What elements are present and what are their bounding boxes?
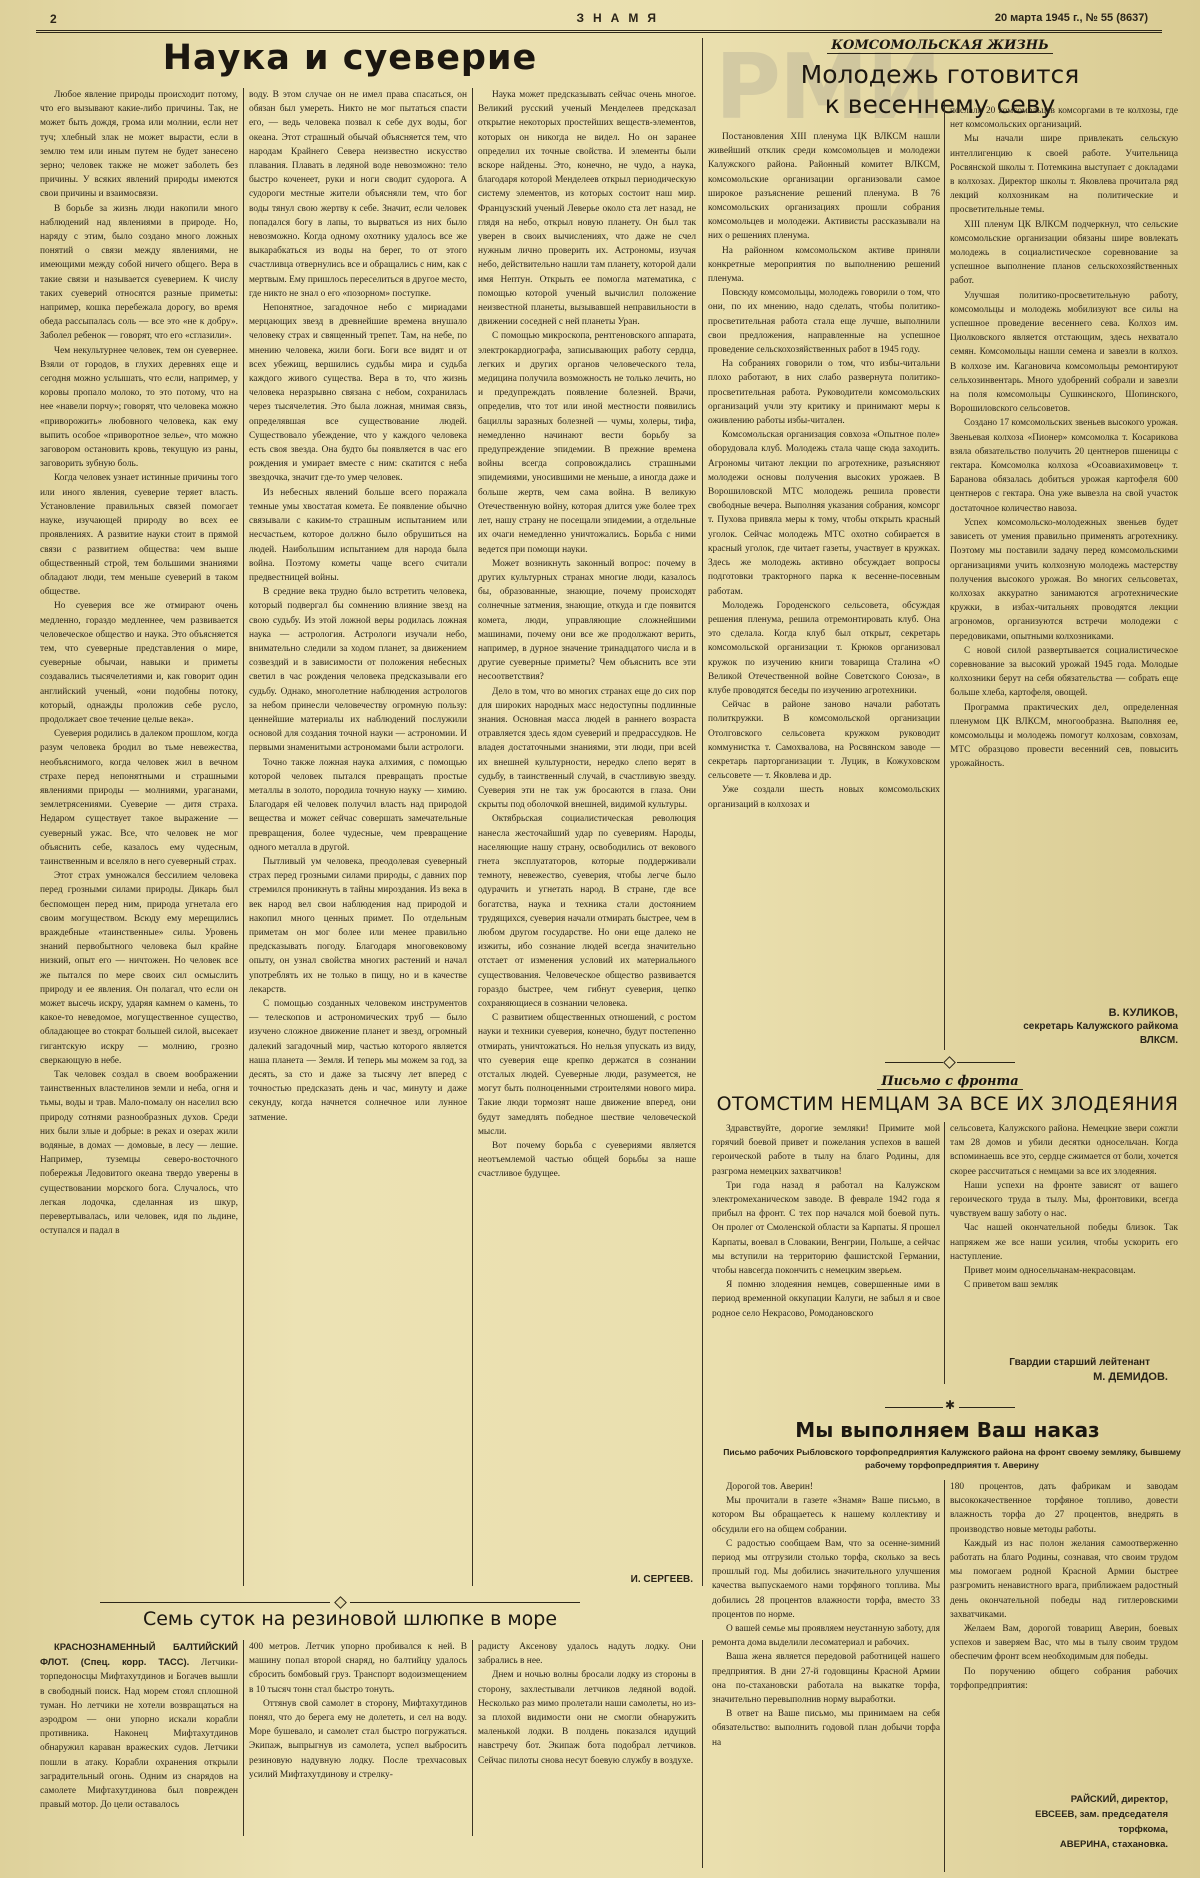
paragraph: Наши успехи на фронте зависят от вашего … (950, 1179, 1178, 1222)
paragraph: Здравствуйте, дорогие земляки! Примите м… (712, 1122, 940, 1179)
science-column-3: Наука может предсказывать сейчас очень м… (478, 88, 696, 1572)
signature-line: АВЕРИНА, стахановка. (950, 1837, 1168, 1852)
paragraph: Когда человек узнает истинные причины то… (40, 471, 238, 599)
paragraph: 180 процентов, дать фабрикам и заводам в… (950, 1480, 1178, 1537)
science-column-1: Любое явление природы происходит потому,… (40, 88, 238, 1588)
order-column-1: Дорогой тов. Аверин! Мы прочитали в газе… (712, 1480, 940, 1872)
section-divider (702, 38, 703, 1586)
paragraph: Дорогой тов. Аверин! (712, 1480, 940, 1494)
signature-rank: Гвардии старший лейтенант (950, 1356, 1150, 1370)
paragraph: Каждый из нас полон желания самоотвержен… (950, 1537, 1178, 1622)
column-divider (243, 88, 244, 1586)
issue-date: 20 марта 1945 г., № 55 (8637) (995, 12, 1148, 24)
paragraph: В борьбе за жизнь люди накопили много на… (40, 202, 238, 344)
paragraph: Молодежь Городенского сельсовета, обсужд… (708, 599, 940, 698)
science-column-2: воду. В этом случае он не имел права спа… (249, 88, 467, 1588)
signature-name: В. КУЛИКОВ, (950, 1006, 1178, 1020)
paragraph: Ваша жена является передовой работницей … (712, 1650, 940, 1707)
paragraph: В ответ на Ваше письмо, мы принимаем на … (712, 1707, 940, 1750)
order-subheadline: Письмо рабочих Рыбловского торфопредприя… (722, 1446, 1182, 1472)
column-divider (243, 1640, 244, 1836)
letter-headline: ОТОМСТИМ НЕМЦАМ ЗА ВСЕ ИХ ЗЛОДЕЯНИЯ (715, 1093, 1180, 1115)
paragraph: Октябрьская социалистическая революция н… (478, 812, 696, 1011)
paragraph: Оттянув свой самолет в сторону, Мифтахут… (249, 1697, 467, 1782)
youth-signature: В. КУЛИКОВ, секретарь Калужского райкома… (950, 1006, 1178, 1048)
signature-title: секретарь Калужского райкома (950, 1020, 1178, 1034)
paragraph: Час нашей окончательной победы близок. Т… (950, 1221, 1178, 1264)
column-divider (472, 1640, 473, 1836)
paragraph: Из небесных явлений больше всего поражал… (249, 486, 467, 585)
paragraph: Постановления XIII пленума ЦК ВЛКСМ нашл… (708, 130, 940, 244)
column-divider (944, 1122, 945, 1384)
paragraph: Три года назад я работал на Калужском эл… (712, 1179, 940, 1278)
paragraph: Повсюду комсомольцы, молодежь говорили о… (708, 286, 940, 357)
letter-column-2: сельсовета, Калужского района. Немецкие … (950, 1122, 1178, 1354)
paragraph: С приветом ваш земляк (950, 1278, 1178, 1292)
column-divider (472, 88, 473, 1586)
newspaper-name: ЗНАМЯ (576, 11, 664, 25)
paragraph: Программа практических дел, определенная… (950, 701, 1178, 772)
science-headline: Наука и суеверие (140, 38, 560, 78)
paragraph: С радостью сообщаем Вам, что за осенне-з… (712, 1537, 940, 1622)
paragraph: Сейчас в районе заново начали работать п… (708, 698, 940, 783)
column-divider (944, 1480, 945, 1872)
paragraph: Может возникнуть законный вопрос: почему… (478, 557, 696, 685)
signature-title: ВЛКСМ. (950, 1034, 1178, 1048)
paragraph: Мы прочитали в газете «Знамя» Ваше письм… (712, 1494, 940, 1537)
paragraph: С помощью созданных человеком инструмент… (249, 997, 467, 1125)
paragraph: Комсомольская организация совхоза «Опытн… (708, 428, 940, 598)
paragraph: радисту Аксенову удалось надуть лодку. О… (478, 1640, 696, 1668)
section-divider (702, 1640, 703, 1868)
paragraph: Привет моим односельчанам-некрасовцам. (950, 1264, 1178, 1278)
page-number: 2 (50, 12, 57, 26)
letter-rubric: Письмо с фронта (840, 1074, 1060, 1089)
paragraph: Так человек создал в своем воображении т… (40, 1068, 238, 1238)
column-divider (944, 100, 945, 1050)
youth-column-1: Постановления XIII пленума ЦК ВЛКСМ нашл… (708, 130, 940, 1050)
signature-line: ЕВСЕЕВ, зам. председателя (950, 1807, 1168, 1822)
paragraph: КРАСНОЗНАМЕННЫЙ БАЛТИЙСКИЙ ФЛОТ. (Спец. … (40, 1640, 238, 1812)
masthead: 2 ЗНАМЯ 20 марта 1945 г., № 55 (8637) (36, 8, 1162, 30)
paragraph: Любое явление природы происходит потому,… (40, 88, 238, 202)
star-icon: ✱ (945, 1398, 955, 1412)
paragraph-text: Летчики-торпедоносцы Мифтахутдинов и Бог… (40, 1658, 238, 1810)
paragraph: Вот почему борьба с суевериями является … (478, 1139, 696, 1182)
science-signature: И. СЕРГЕЕВ. (560, 1573, 693, 1587)
paragraph: По поручению общего собрания рабочих тор… (950, 1665, 1178, 1693)
newspaper-page: 2 ЗНАМЯ 20 марта 1945 г., № 55 (8637) На… (0, 0, 1200, 1878)
paragraph: С помощью микроскопа, рентгеновского апп… (478, 329, 696, 556)
paragraph: Днем и ночью волны бросали лодку из стор… (478, 1668, 696, 1767)
order-signatures: РАЙСКИЙ, директор, ЕВСЕЕВ, зам. председа… (950, 1792, 1168, 1852)
youth-column-2: послали 20 комсомольцев комсоргами в те … (950, 104, 1178, 1004)
ornament-divider: ✱ (885, 1402, 1015, 1414)
order-headline: Мы выполняем Ваш наказ (715, 1418, 1180, 1442)
paragraph: С новой силой развертывается социалистич… (950, 644, 1178, 701)
boat-column-3: радисту Аксенову удалось надуть лодку. О… (478, 1640, 696, 1868)
paragraph: Дело в том, что во многих странах еще до… (478, 685, 696, 813)
headline-line: Молодежь готовится (790, 60, 1090, 90)
paragraph: послали 20 комсомольцев комсоргами в те … (950, 104, 1178, 132)
paragraph: На собраниях говорили о том, что избы-чи… (708, 357, 940, 428)
paragraph: На районном комсомольском активе приняли… (708, 244, 940, 287)
paragraph: сельсовета, Калужского района. Немецкие … (950, 1122, 1178, 1179)
rubric-label: Письмо с фронта (877, 1074, 1022, 1090)
rubric-label: КОМСОМОЛЬСКАЯ ЖИЗНЬ (827, 38, 1053, 54)
paragraph: Желаем Вам, дорогой товарищ Аверин, боев… (950, 1622, 1178, 1665)
paragraph: Мы начали шире привлекать сельскую интел… (950, 132, 1178, 217)
paragraph: Но суеверия все же отмирают очень медлен… (40, 599, 238, 727)
paragraph: Этот страх умножался бессилием человека … (40, 869, 238, 1068)
paragraph: С развитием общественных отношений, с ро… (478, 1011, 696, 1139)
youth-rubric: КОМСОМОЛЬСКАЯ ЖИЗНЬ (790, 38, 1090, 53)
paragraph: Успех комсомольско-молодежных звеньев бу… (950, 516, 1178, 644)
boat-column-1: КРАСНОЗНАМЕННЫЙ БАЛТИЙСКИЙ ФЛОТ. (Спец. … (40, 1640, 238, 1868)
paragraph: Уже создали шесть новых комсомольских ор… (708, 783, 940, 811)
boat-column-2: 400 метров. Летчик упорно пробивался к н… (249, 1640, 467, 1868)
signature-line: торфкома, (950, 1822, 1168, 1837)
paragraph: Точно также ложная наука алхимия, с помо… (249, 756, 467, 855)
paragraph: Чем некультурнее человек, тем он суеверн… (40, 344, 238, 472)
masthead-rule (36, 30, 1162, 33)
ornament-divider (885, 1057, 1015, 1069)
paragraph: 400 метров. Летчик упорно пробивался к н… (249, 1640, 467, 1697)
paragraph: Пытливый ум человека, преодолевая суевер… (249, 855, 467, 997)
paragraph: Непонятное, загадочное небо с мириадами … (249, 301, 467, 486)
paragraph: Улучшая политико-просветительную работу,… (950, 289, 1178, 417)
paragraph: Суеверия родились в далеком прошлом, ког… (40, 727, 238, 869)
paragraph: О вашей семье мы проявляем неустанную за… (712, 1622, 940, 1650)
order-column-2: 180 процентов, дать фабрикам и заводам в… (950, 1480, 1178, 1785)
boat-headline: Семь суток на резиновой шлюпке в море (70, 1608, 630, 1630)
paragraph: воду. В этом случае он не имел права спа… (249, 88, 467, 301)
letter-column-1: Здравствуйте, дорогие земляки! Примите м… (712, 1122, 940, 1382)
paragraph: Наука может предсказывать сейчас очень м… (478, 88, 696, 329)
signature-line: РАЙСКИЙ, директор, (950, 1792, 1168, 1807)
paragraph: В средние века трудно было встретить чел… (249, 585, 467, 755)
signature-name: М. ДЕМИДОВ. (950, 1370, 1168, 1384)
paragraph: Создано 17 комсомольских звеньев высоког… (950, 416, 1178, 515)
paragraph: XIII пленум ЦК ВЛКСМ подчеркнул, что сел… (950, 218, 1178, 289)
letter-signature: Гвардии старший лейтенант М. ДЕМИДОВ. (950, 1356, 1168, 1384)
paragraph: Я помню злодеяния немцев, совершенные им… (712, 1278, 940, 1321)
